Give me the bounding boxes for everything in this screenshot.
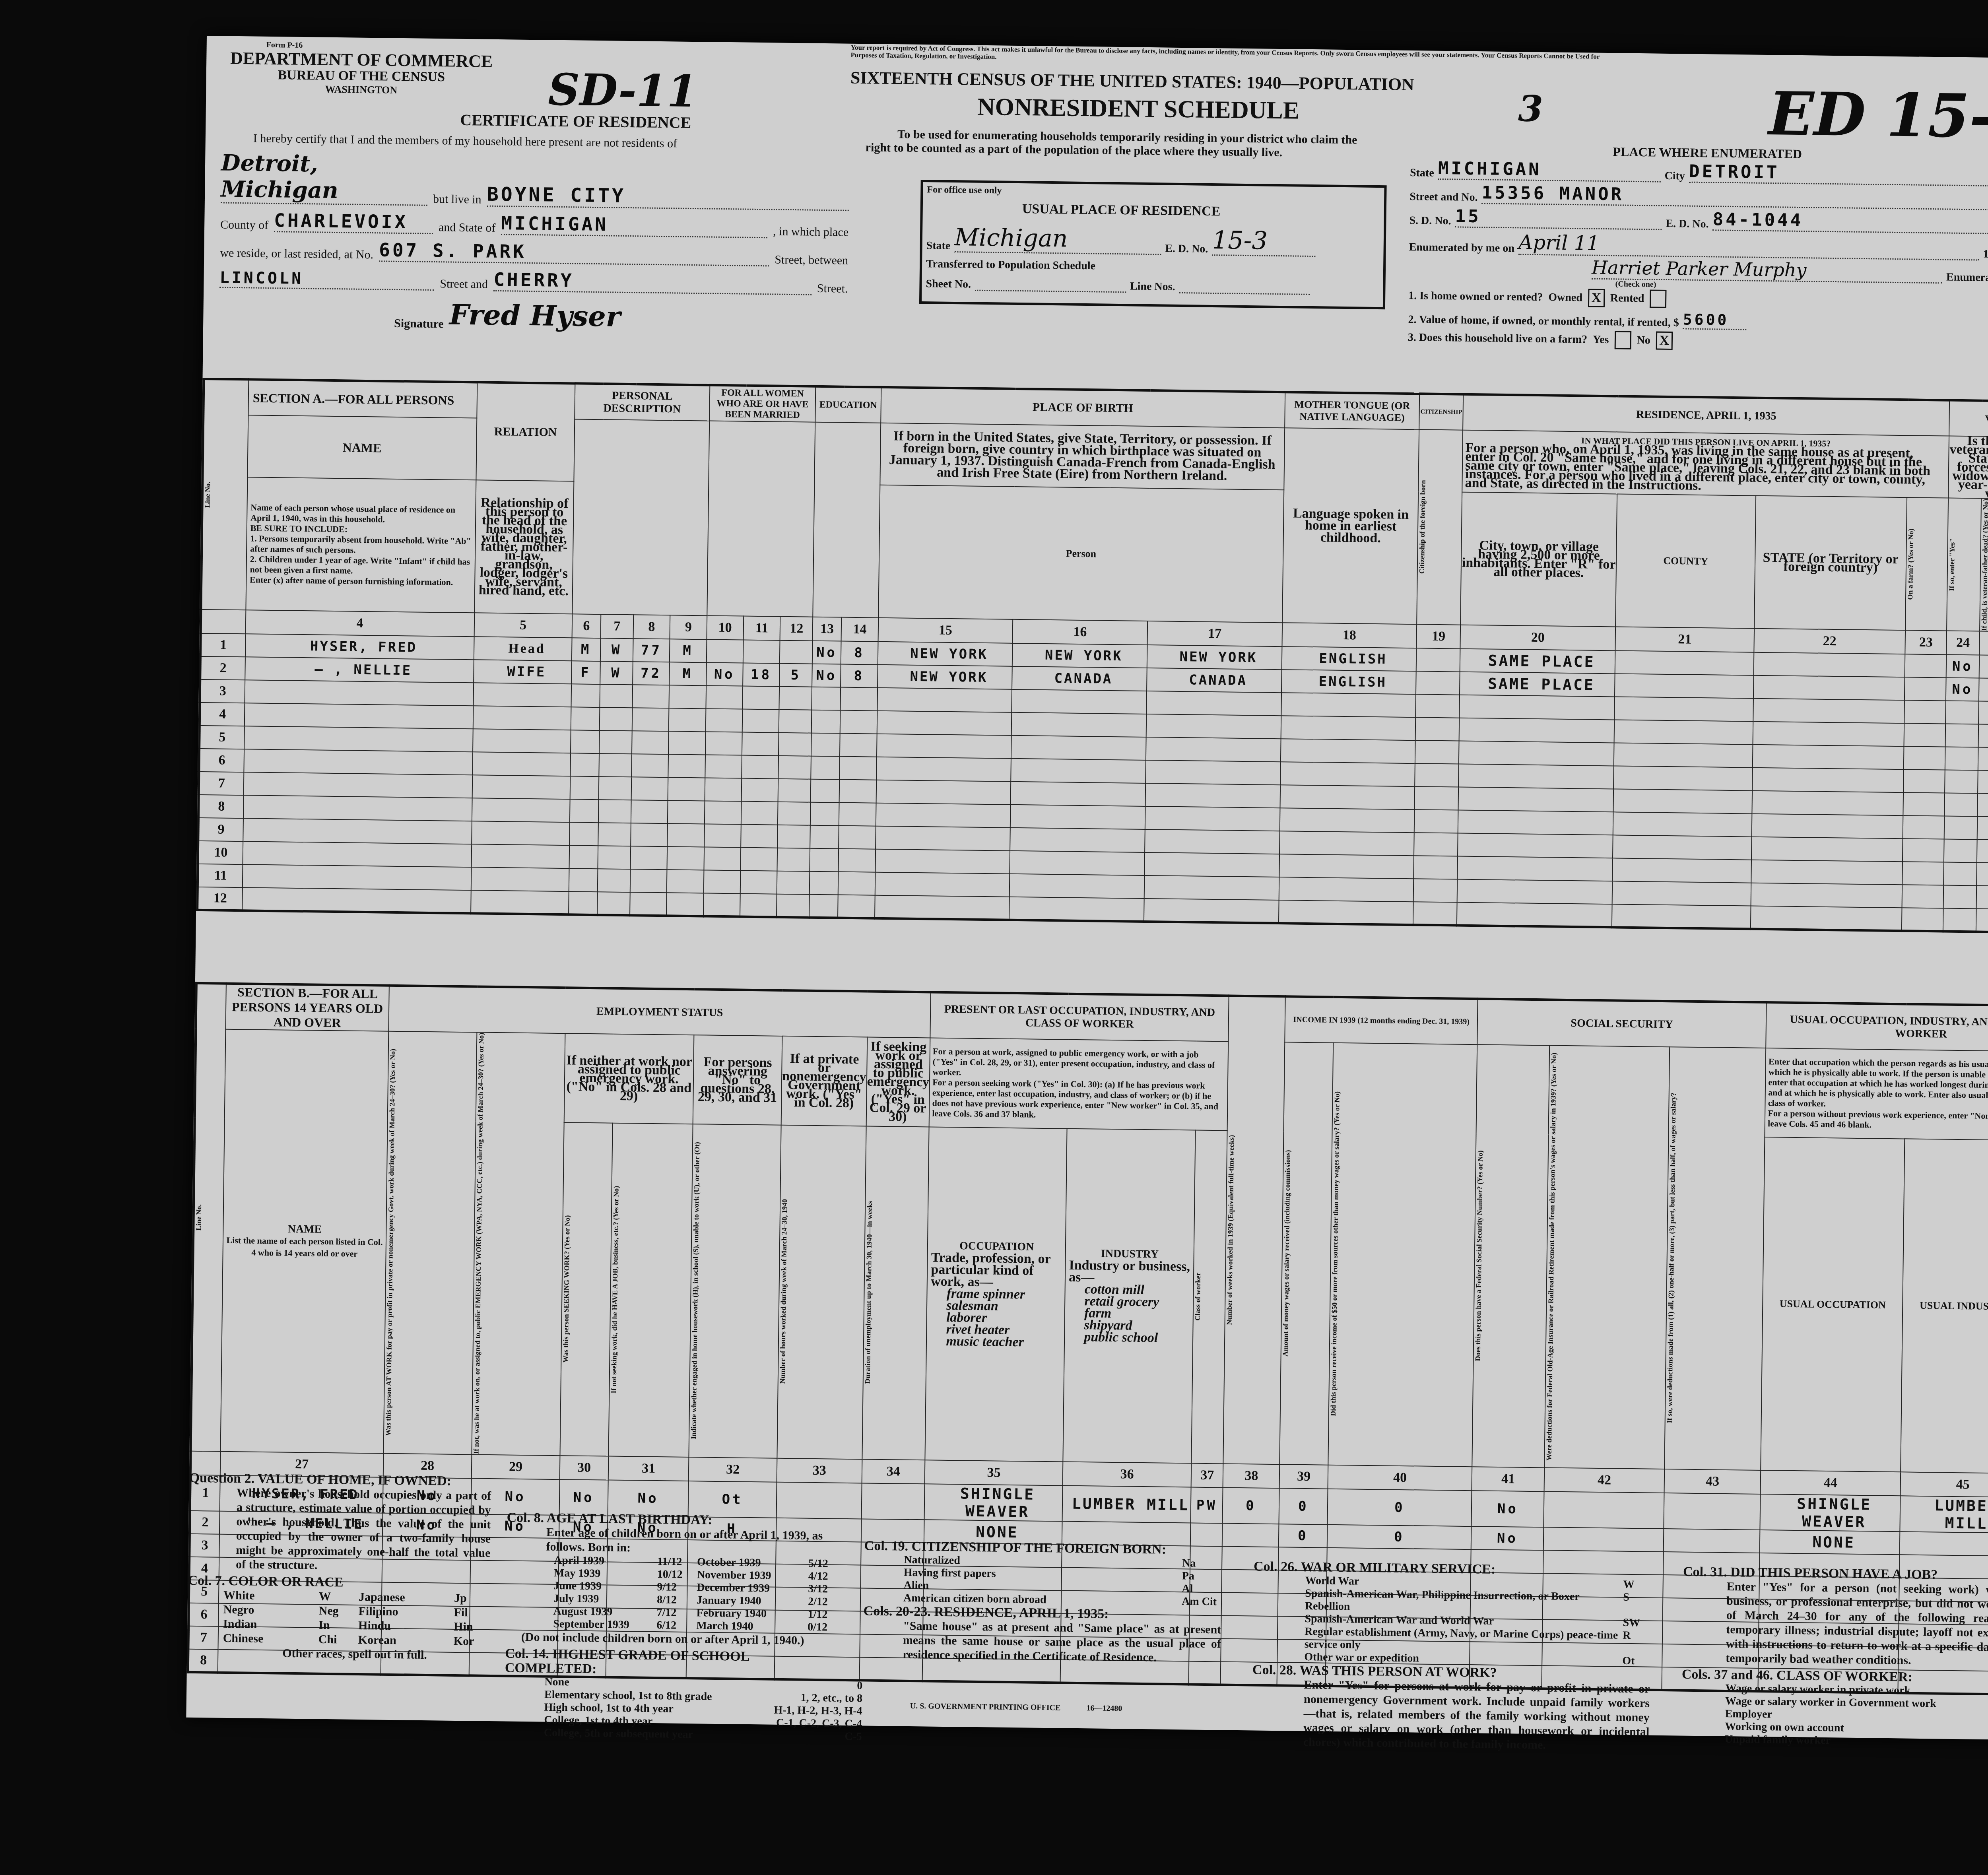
occupation-title: PRESENT OR LAST OCCUPATION, INDUSTRY, AN…: [930, 992, 1229, 1041]
place-enumerated-title: PLACE WHERE ENUMERATED: [1613, 144, 1802, 161]
race-label: White: [223, 1588, 319, 1604]
other-income: 0: [1327, 1524, 1472, 1549]
race-label: Indian: [223, 1617, 318, 1632]
month-label: June 1939: [553, 1580, 657, 1594]
enum-date: April 11: [1518, 231, 1979, 260]
employment-header: EMPLOYMENT STATUS: [389, 986, 931, 1038]
label: but live in: [433, 192, 481, 206]
month-code: 4/12: [808, 1570, 848, 1583]
grade-code: 0: [759, 1678, 862, 1692]
certificate-of-residence: I hereby certify that I and the members …: [219, 131, 850, 336]
relation-desc: Relationship of this person to the head …: [474, 480, 574, 614]
usual-desc-2: For a person without previous work exper…: [1768, 1108, 1988, 1132]
enum-state: MICHIGAN: [1438, 158, 1661, 182]
line-number: 2: [200, 656, 245, 680]
grade: 8: [841, 664, 878, 688]
col-num: 44: [1761, 1470, 1901, 1496]
ss-deductions: [1543, 1527, 1664, 1552]
citizenship-code: Na: [1182, 1557, 1234, 1570]
weeks-header: Number of weeks worked in 1939 (Equivale…: [1225, 1135, 1236, 1325]
col31-text: Enter "Yes" for a person (not seeking wo…: [1682, 1579, 1988, 1670]
women-header: FOR ALL WOMEN WHO ARE OR HAVE BEEN MARRI…: [709, 385, 816, 422]
month-code: 3/12: [808, 1583, 848, 1596]
birth-father: CANADA: [1012, 666, 1147, 691]
mother-tongue: ENGLISH: [1281, 670, 1416, 694]
col-num: 21: [1615, 627, 1754, 652]
citizenship: [1416, 672, 1460, 695]
section-a-table: Line No. SECTION A.—FOR ALL PERSONS RELA…: [196, 378, 1988, 935]
veterans-header: VETERANS: [1949, 400, 1988, 438]
col-num: 13: [813, 617, 842, 641]
marital: M: [669, 662, 706, 686]
residence-header: RESIDENCE, APRIL 1, 1935: [1463, 394, 1949, 436]
education-header: EDUCATION: [815, 386, 881, 423]
schedule-title: NONRESIDENT SCHEDULE: [977, 93, 1300, 125]
residence-city: SAME PLACE: [1460, 649, 1615, 674]
month-label: November 1939: [697, 1568, 808, 1582]
instructions-col8: Col. 8. AGE AT LAST BIRTHDAY: Enter age …: [504, 1510, 833, 1743]
person-name: — , NELLIE: [245, 657, 474, 683]
c30-31-header: If neither at work nor assigned to publi…: [564, 1033, 694, 1124]
line-number: 10: [198, 841, 243, 864]
ed-stamp: ED 15-3: [1768, 79, 1988, 152]
q1-label: 1. Is home owned or rented?: [1408, 289, 1543, 304]
sex: F: [571, 661, 600, 685]
vet-yes-header: If so, enter "Yes": [1948, 538, 1957, 591]
industry: LUMBER MILL: [1062, 1485, 1191, 1523]
line-number: 1: [200, 633, 246, 657]
class-header: Class of worker: [1194, 1273, 1202, 1321]
industry-desc: Industry or business, as—: [1069, 1259, 1190, 1285]
col-num: 12: [780, 617, 813, 641]
income: 0: [1279, 1488, 1328, 1524]
label: Enumerator: [1946, 271, 1988, 284]
enum-street: 15356 MANOR: [1481, 182, 1988, 210]
residence-farm: [1905, 654, 1946, 678]
label: Rented: [1610, 292, 1644, 305]
usual-state: Michigan: [954, 223, 1161, 255]
grade-code: C-5: [759, 1729, 862, 1743]
month-label: September 1939: [553, 1618, 656, 1632]
race-code: Hin: [454, 1620, 485, 1634]
month-code: 5/12: [808, 1557, 848, 1570]
residence-city: SAME PLACE: [1460, 672, 1615, 697]
place-enumerated: State MICHIGAN City DETROIT Street and N…: [1408, 158, 1988, 354]
service-code: S: [1623, 1591, 1655, 1617]
col-num: 36: [1063, 1462, 1192, 1487]
c32-head: For persons answering "No" to questions …: [693, 1035, 782, 1125]
col-num: 33: [777, 1458, 862, 1483]
col-num: 39: [1279, 1464, 1328, 1489]
mother-tongue: ENGLISH: [1281, 646, 1416, 671]
line-no-header: Line No.: [203, 481, 212, 508]
relation-header: RELATION: [476, 382, 575, 481]
residence-state: [1754, 652, 1905, 677]
social-security: No: [1471, 1526, 1544, 1550]
sheet-no: [975, 290, 1126, 293]
certificate-intro: I hereby certify that I and the members …: [221, 131, 850, 152]
race-code: Jp: [454, 1591, 486, 1606]
service-label: Regular establishment (Army, Navy, or Ma…: [1305, 1625, 1623, 1655]
name-desc: List the name of each person listed in C…: [223, 1234, 386, 1260]
label: No: [1637, 334, 1650, 347]
instructions-q2: Question 2. VALUE OF HOME, IF OWNED: Whe…: [187, 1471, 491, 1663]
race-label: Chinese: [223, 1631, 318, 1647]
on-farm-header: On a farm? (Yes or No): [1906, 528, 1915, 600]
rented-checkbox[interactable]: [1650, 289, 1667, 308]
home-city-state: Detroit, Michigan: [221, 149, 428, 206]
line-number: 3: [200, 679, 245, 703]
label: Line Nos.: [1130, 280, 1175, 293]
birth-person-header: Person: [878, 485, 1284, 623]
age-first-marriage: 18: [743, 663, 780, 687]
month-label: August 1939: [553, 1605, 656, 1619]
month-code: 1/12: [808, 1608, 847, 1621]
enumerator-signature: Harriet Parker Murphy: [1592, 257, 1943, 284]
label: E. D. No.: [1165, 242, 1208, 255]
income: 0: [1279, 1524, 1328, 1547]
col-num: 40: [1328, 1465, 1472, 1490]
month-code: 6/12: [656, 1619, 696, 1632]
month-code: 9/12: [657, 1581, 697, 1594]
usual-occupation-title: USUAL OCCUPATION, INDUSTRY, AND CLASS OF…: [1766, 1002, 1988, 1052]
residence-farm: [1905, 677, 1946, 701]
service-code: R: [1623, 1629, 1655, 1655]
transferred-label: Transferred to Population Schedule: [926, 258, 1095, 272]
race-code: Kor: [453, 1634, 485, 1649]
signature: Fred Hyser: [449, 298, 621, 333]
have-job: No: [608, 1480, 689, 1516]
income-amount-header: Amount of money wages or salary received…: [1281, 1150, 1292, 1357]
month-code: 11/12: [657, 1555, 697, 1568]
race-label: Negro: [223, 1603, 318, 1618]
section-a-title: SECTION A.—FOR ALL PERSONS: [248, 379, 477, 418]
label: Signature: [394, 317, 444, 331]
race-code: Neg: [318, 1604, 358, 1619]
include-3: Enter (x) after name of person furnishin…: [250, 575, 471, 588]
usual-desc: Enter that occupation which the person r…: [1768, 1056, 1988, 1112]
line-number: 11: [198, 864, 243, 887]
c33-head: If at private or nonemergency Government…: [781, 1036, 867, 1126]
birth-mother: NEW YORK: [1147, 645, 1282, 670]
usual-industry: [1900, 1531, 1988, 1556]
census-sheet: Form P-16 DEPARTMENT OF COMMERCE BUREAU …: [186, 36, 1988, 1741]
usual-ed: 15-3: [1212, 225, 1316, 257]
personal-header: PERSONAL DESCRIPTION: [575, 383, 710, 421]
birth-person: NEW YORK: [878, 642, 1012, 666]
col-num: 23: [1905, 631, 1947, 655]
enum-city: DETROIT: [1689, 161, 1988, 187]
race-label: Filipino: [358, 1604, 454, 1620]
col-num: 10: [707, 616, 744, 640]
col-num: 22: [1754, 629, 1905, 654]
birth-header: PLACE OF BIRTH: [881, 387, 1285, 428]
residence-state: [1753, 675, 1905, 701]
col-num: 25: [1979, 631, 1988, 656]
month-label: March 1940: [696, 1619, 808, 1633]
label: Street and: [440, 277, 488, 291]
ss41-header: Does this person have a Federal Social S…: [1474, 1150, 1484, 1361]
label: Street and No.: [1409, 190, 1478, 204]
line-number: 4: [200, 703, 245, 726]
month-code: 7/12: [656, 1606, 696, 1619]
service-code: W: [1623, 1578, 1655, 1592]
veteran: No: [1946, 678, 1979, 701]
col-num: 37: [1191, 1463, 1223, 1487]
residence-county: [1615, 674, 1754, 699]
usual-occupation: SHINGLE WEAVER: [1760, 1494, 1901, 1531]
seeking-work: No: [559, 1479, 608, 1516]
line-number: 12: [197, 887, 243, 910]
margin-mark: 3: [1518, 87, 1543, 130]
col28-text: Enter "Yes" for persons at work for pay …: [1252, 1677, 1650, 1753]
label: and State of: [439, 221, 496, 235]
printer-code: 16—12480: [1086, 1704, 1122, 1713]
service-code: Ot: [1622, 1655, 1654, 1668]
label: E. D. No.: [1666, 217, 1709, 231]
census-title: SIXTEENTH CENSUS OF THE UNITED STATES: 1…: [850, 68, 1415, 95]
month-code: 10/12: [657, 1568, 697, 1581]
col-num: 35: [925, 1460, 1063, 1485]
month-label: April 1939: [554, 1554, 657, 1568]
line-no-header: Line No.: [194, 1204, 203, 1231]
social-security: No: [1472, 1491, 1544, 1527]
label: Owned: [1548, 291, 1582, 304]
q2-label: 2. Value of home, if owned, or monthly r…: [1408, 313, 1679, 329]
race-code: W: [319, 1590, 359, 1604]
owned-checkbox[interactable]: X: [1588, 289, 1605, 307]
ss-deductions: [1544, 1491, 1664, 1529]
birth-desc: If born in the United States, give State…: [880, 423, 1285, 490]
col-num: 32: [689, 1457, 777, 1482]
box-title: USUAL PLACE OF RESIDENCE: [1022, 202, 1221, 219]
vet-child: [1979, 655, 1988, 679]
veteran: No: [1946, 655, 1979, 678]
attended-school: No: [812, 641, 841, 664]
farm-no-checkbox[interactable]: X: [1656, 332, 1673, 350]
married-more: [706, 640, 743, 663]
col-num: 19: [1417, 625, 1460, 649]
citizenship-header: CITIZENSHIP: [1419, 394, 1464, 430]
month-code: 2/12: [808, 1595, 848, 1609]
include-2: 2. Children under 1 year of age. Write "…: [250, 554, 471, 578]
col-num: 18: [1282, 623, 1417, 648]
occupation-desc-1: For a person at work, assigned to public…: [932, 1046, 1225, 1081]
home-value: 5600: [1683, 311, 1747, 330]
month-code: 0/12: [808, 1621, 847, 1634]
usual-occ-header: USUAL OCCUPATION: [1761, 1137, 1905, 1472]
enum-year: 1940: [1983, 248, 1988, 261]
vet-child-header: If child, is veteran-father dead? (Yes o…: [1980, 499, 1988, 631]
social-security-header: SOCIAL SECURITY: [1477, 999, 1767, 1048]
children: 5: [779, 664, 812, 687]
unemployment-duration: [861, 1483, 925, 1520]
income-header: INCOME IN 1939 (12 months ending Dec. 31…: [1285, 996, 1478, 1044]
office-use-label: For office use only: [927, 184, 1002, 196]
month-label: October 1939: [697, 1556, 808, 1570]
q2-text: Where owner's household occupies only a …: [188, 1485, 491, 1575]
line-number: 6: [199, 749, 244, 772]
col-num: 42: [1544, 1467, 1665, 1493]
cross-street-1: LINCOLN: [219, 268, 435, 291]
race-code: In: [318, 1618, 358, 1633]
county-header: COUNTY: [1615, 494, 1756, 629]
col-num: 11: [744, 616, 780, 641]
weeks-worked: [1222, 1523, 1279, 1547]
service-label: Spanish-American War, Philippine Insurre…: [1305, 1587, 1623, 1617]
city-town-header: City, town, or village having 2,500 or m…: [1460, 492, 1617, 627]
col-num: 14: [841, 617, 878, 642]
name-header: NAME: [247, 415, 477, 480]
race-label: Hindu: [358, 1619, 454, 1634]
citizenship-desc: Citizenship of the foreign born: [1418, 480, 1427, 574]
live-in-city: BOYNE CITY: [487, 183, 849, 211]
address-value: 607 S. PARK: [379, 239, 769, 266]
occupation-desc: Trade, profession, or particular kind of…: [931, 1252, 1062, 1289]
class-label: Unpaid family worker: [1725, 1733, 1988, 1749]
relation: Head: [474, 637, 572, 661]
line-number: 5: [199, 726, 245, 749]
age: 72: [633, 662, 670, 685]
citizenship-code: Am Cit: [1182, 1595, 1233, 1609]
example: public school: [1084, 1331, 1190, 1344]
col-num: 16: [1013, 619, 1147, 645]
col-num: 45: [1900, 1472, 1988, 1497]
sex: M: [572, 638, 601, 662]
race-label: Korean: [358, 1633, 454, 1648]
birth-mother: CANADA: [1147, 668, 1281, 693]
race-label: Japanese: [359, 1590, 454, 1605]
q3-label: 3. Does this household live on a farm?: [1408, 331, 1588, 346]
col-num: 30: [560, 1456, 609, 1480]
col8-text: Enter age of children born on or after A…: [506, 1525, 833, 1557]
tongue-header: MOTHER TONGUE (OR NATIVE LANGUAGE): [1285, 392, 1420, 429]
color: W: [600, 662, 633, 685]
birth-father: NEW YORK: [1012, 643, 1147, 668]
col-num: 15: [878, 618, 1013, 643]
c33-header: Number of hours worked during week of Ma…: [779, 1199, 789, 1384]
c34-header: Duration of unemployment up to March 30,…: [863, 1201, 874, 1384]
grade: 8: [841, 641, 878, 665]
hours-worked: [777, 1482, 862, 1519]
label: Enumerated by me on: [1409, 241, 1515, 255]
line-number: 7: [199, 772, 244, 795]
service-code: SW: [1623, 1617, 1654, 1630]
handwritten-code: SD-11: [548, 64, 698, 117]
certificate-title: CERTIFICATE OF RESIDENCE: [460, 111, 691, 132]
instructions-col19: Col. 19. CITIZENSHIP OF THE FOREIGN BORN…: [862, 1539, 1222, 1714]
marital: M: [670, 639, 707, 663]
state-value: MICHIGAN: [501, 212, 768, 238]
label: Yes: [1593, 334, 1609, 346]
vet-child: [1978, 678, 1988, 702]
enum-ed: 84-1044: [1712, 209, 1988, 234]
occupation-desc-2: For a person seeking work ("Yes" in Col.…: [932, 1077, 1225, 1122]
col-num: 20: [1460, 625, 1616, 651]
class-of-worker: PW: [1191, 1487, 1223, 1523]
color: W: [600, 639, 633, 662]
col-num: 9: [670, 615, 707, 640]
instructions-col26: Col. 26. WAR OR MILITARY SERVICE: World …: [1252, 1559, 1652, 1753]
col-num: 24: [1947, 631, 1980, 655]
col-num: 41: [1472, 1467, 1545, 1491]
col14-title: Col. 14. HIGHEST GRADE OF SCHOOL COMPLET…: [505, 1646, 831, 1679]
race-code: Fil: [454, 1605, 485, 1620]
label: we reside, or last resided, at No.: [220, 246, 373, 262]
col-num: 6: [572, 614, 601, 639]
col-num: 8: [633, 615, 670, 639]
ss-part: [1664, 1493, 1761, 1530]
c34-head: If seeking work or assigned to public em…: [866, 1037, 930, 1127]
col-num: 17: [1147, 621, 1282, 646]
printer-label: U. S. GOVERNMENT PRINTING OFFICE: [910, 1702, 1061, 1712]
month-label: December 1939: [697, 1581, 808, 1595]
label: County of: [220, 218, 268, 232]
name-header: NAME: [223, 1222, 386, 1236]
relation: WIFE: [474, 660, 572, 684]
residence-county: [1615, 651, 1754, 675]
attended-school: No: [812, 664, 841, 687]
label: State: [926, 239, 950, 252]
month-label: May 1939: [554, 1567, 657, 1581]
col-num: 7: [600, 615, 633, 639]
children: [780, 641, 813, 664]
citizenship: [1416, 648, 1460, 672]
label: Street.: [817, 282, 848, 296]
occupation: SHINGLE WEAVER: [924, 1484, 1063, 1521]
usual-occupation: NONE: [1760, 1530, 1900, 1555]
line-number: 8: [198, 795, 244, 818]
tongue-desc: Language spoken in home in earliest chil…: [1282, 428, 1419, 624]
state-res-header: STATE (or Territory or foreign country): [1754, 496, 1907, 631]
month-label: July 1939: [553, 1592, 657, 1606]
county-value: CHARLEVOIX: [274, 210, 433, 234]
col-num: 34: [862, 1459, 925, 1484]
cross-street-2: CHERRY: [493, 269, 812, 295]
label: City: [1664, 170, 1685, 183]
farm-yes-checkbox[interactable]: [1614, 331, 1631, 349]
citizenship-code: Pa: [1182, 1570, 1234, 1583]
married-more: No: [706, 663, 743, 686]
label: S. D. No.: [1409, 214, 1451, 227]
instructions-col31: Col. 31. DID THIS PERSON HAVE A JOB? Ent…: [1681, 1565, 1988, 1750]
usual-industry: LUMBER MILL: [1900, 1496, 1988, 1533]
col-num: 4: [246, 610, 474, 637]
enum-sd: 15: [1455, 206, 1662, 230]
age-first-marriage: [743, 640, 780, 664]
line-number: 9: [198, 818, 243, 841]
col-num: 38: [1223, 1464, 1280, 1488]
age: 77: [633, 639, 670, 662]
include-1: 1. Persons temporarily absent from house…: [250, 534, 472, 557]
usual-residence-box: For office use only USUAL PLACE OF RESID…: [919, 180, 1387, 309]
race-code: Chi: [318, 1632, 358, 1647]
label: State: [1410, 167, 1434, 180]
grade-code: H-1, H-2, H-3, H-4: [759, 1704, 862, 1718]
activity-code: Ot: [688, 1481, 777, 1518]
example: music teacher: [946, 1335, 1061, 1349]
label: Street, between: [775, 253, 848, 267]
month-code: 8/12: [657, 1594, 697, 1607]
residence-desc: For a person who, on April 1, 1935, was …: [1465, 444, 1946, 493]
month-label: January 1940: [697, 1594, 808, 1608]
name-desc: Name of each person whose usual place of…: [250, 503, 472, 526]
col-num: 31: [608, 1456, 689, 1481]
c30-header: Was this person SEEKING WORK? (Yes or No…: [561, 1215, 571, 1363]
other-income: 0: [1328, 1489, 1472, 1526]
usual-ind-header: USUAL INDUSTRY: [1901, 1139, 1988, 1473]
grade-label: College, 5th or subsequent year: [544, 1727, 759, 1742]
